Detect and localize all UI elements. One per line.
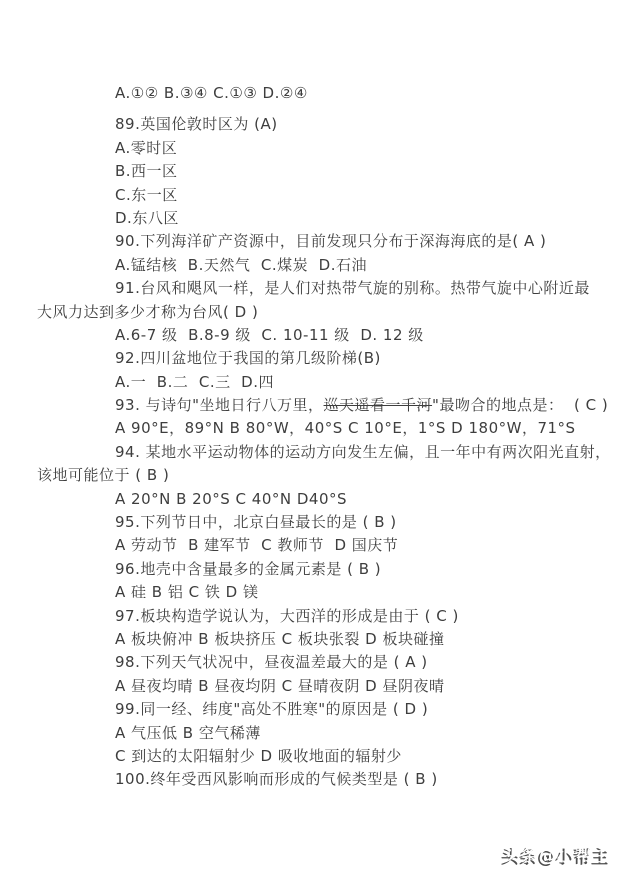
q96-question: 96.地壳中含量最多的金属元素是 ( B ) [37, 558, 621, 581]
q92-options: A.一 B.二 C.三 D.四 [37, 371, 621, 394]
q91-options: A.6-7 级 B.8-9 级 C. 10-11 级 D. 12 级 [37, 324, 621, 347]
q91-question-part1: 91.台风和飓风一样，是人们对热带气旋的别称。热带气旋中心附近最 [37, 277, 621, 300]
q89-option-b: B.西一区 [37, 160, 621, 183]
q100-question: 100.终年受西风影响而形成的气候类型是 ( B ) [37, 768, 621, 791]
q94-question-part2: 该地可能位于 ( B ) [37, 464, 621, 487]
q99-options-ab: A 气压低 B 空气稀薄 [37, 722, 621, 745]
q95-question: 95.下列节日中，北京白昼最长的是 ( B ) [37, 511, 621, 534]
q93-question-post: "最吻合的地点是： ( C ) [432, 396, 608, 414]
q90-options: A.锰结核 B.天然气 C.煤炭 D.石油 [37, 254, 621, 277]
q93-question-struck-phrase: 巡天遥看一千河 [324, 396, 433, 414]
q99-options-cd: C 到达的太阳辐射少 D 吸收地面的辐射少 [37, 745, 621, 768]
exam-page: A.①② B.③④ C.①③ D.②④ 89.英国伦敦时区为 (A) A.零时区… [0, 0, 621, 792]
q89-option-c: C.东一区 [37, 184, 621, 207]
q89-option-d: D.东八区 [37, 207, 621, 230]
toutiao-watermark: 头条@小帮主 [503, 841, 611, 866]
q97-options: A 板块俯冲 B 板块挤压 C 板块张裂 D 板块碰撞 [37, 628, 621, 651]
q98-options: A 昼夜均晴 B 昼夜均阴 C 昼晴夜阴 D 昼阴夜晴 [37, 675, 621, 698]
q93-options: A 90°E，89°N B 80°W，40°S C 10°E，1°S D 180… [37, 417, 621, 440]
q94-options: A 20°N B 20°S C 40°N D40°S [37, 488, 621, 511]
q98-question: 98.下列天气状况中，昼夜温差最大的是 ( A ) [37, 651, 621, 674]
q96-options: A 硅 B 铝 C 铁 D 镁 [37, 581, 621, 604]
q95-options: A 劳动节 B 建军节 C 教师节 D 国庆节 [37, 534, 621, 557]
q92-question: 92.四川盆地位于我国的第几级阶梯(B) [37, 347, 621, 370]
q89-question: 89.英国伦敦时区为 (A) [37, 113, 621, 136]
q97-question: 97.板块构造学说认为，大西洋的形成是由于 ( C ) [37, 605, 621, 628]
q99-question: 99.同一经、纬度"高处不胜寒"的原因是 ( D ) [37, 698, 621, 721]
q94-question-part1: 94. 某地水平运动物体的运动方向发生左偏，且一年中有两次阳光直射， [37, 441, 621, 464]
q89-option-a: A.零时区 [37, 137, 621, 160]
q93-question-pre: 93. 与诗句"坐地日行八万里， [115, 396, 324, 414]
q91-question-part2: 大风力达到多少才称为台风( D ) [37, 301, 621, 324]
q88-answer-options: A.①② B.③④ C.①③ D.②④ [37, 82, 621, 105]
q93-question: 93. 与诗句"坐地日行八万里，巡天遥看一千河"最吻合的地点是： ( C ) [37, 394, 621, 417]
q90-question: 90.下列海洋矿产资源中，目前发现只分布于深海海底的是( A ) [37, 230, 621, 253]
